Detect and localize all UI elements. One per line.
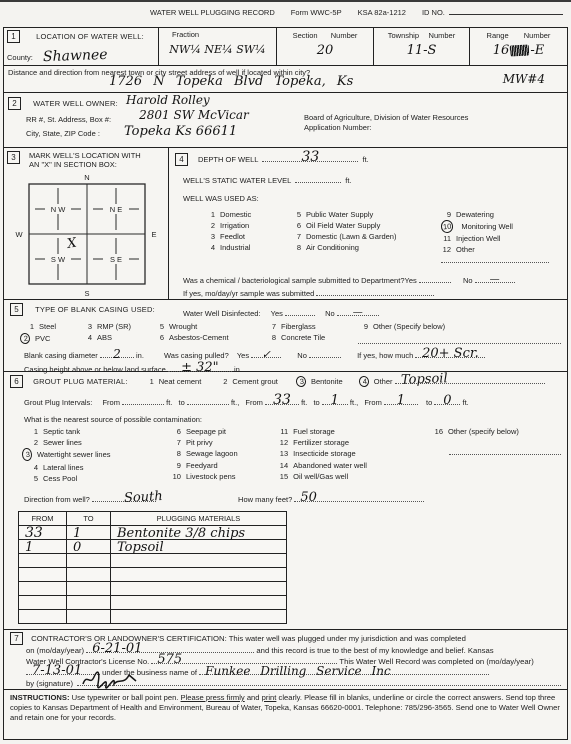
mark-location-title-1: MARK WELL'S LOCATION WITH: [29, 151, 141, 160]
section4-number: 4: [175, 153, 188, 166]
completed-on-label: on (mo/day/year): [26, 646, 84, 655]
use-option-dewatering[interactable]: 9Dewatering: [441, 209, 561, 220]
interval2-from-field[interactable]: 33: [265, 397, 299, 405]
option-number: 15: [278, 471, 288, 482]
range-label: Range: [487, 31, 509, 40]
form-number: Form WWC-5P: [291, 8, 342, 17]
casing-option-pvc[interactable]: 2PVC: [24, 333, 82, 344]
agency-block: Board of Agriculture, Division of Water …: [304, 113, 468, 133]
option-number: 11: [441, 233, 451, 244]
pulled-no-field[interactable]: [309, 350, 341, 358]
form-header: WATER WELL PLUGGING RECORD Form WWC-5P K…: [150, 7, 563, 17]
contam-option-abandoned-water-well[interactable]: 14Abandoned water well: [278, 460, 433, 471]
option-label: RMP (SR): [97, 322, 131, 331]
option-number: 3: [82, 322, 92, 331]
casing-option-rmp[interactable]: 3RMP (SR): [82, 322, 154, 331]
section-box-diagram[interactable]: N S W E N W N E S W S E X: [11, 171, 163, 301]
option-label: Watertight sewer lines: [37, 450, 111, 459]
scan-edge: [0, 0, 571, 2]
to-cell[interactable]: [67, 582, 111, 596]
casing-option-concrete-tile[interactable]: 8Concrete Tile: [266, 333, 358, 344]
to-label: to: [426, 398, 432, 407]
location-cell: 1 LOCATION OF WATER WELL: County: Shawne…: [4, 28, 159, 65]
to-cell[interactable]: [67, 568, 111, 582]
circled-option-number: 3: [21, 448, 32, 462]
contam-option-cess-pool[interactable]: 5Cess Pool: [28, 473, 171, 484]
option-number: 14: [278, 460, 288, 471]
option-label: PVC: [35, 334, 50, 343]
circled-option-number: 2: [20, 333, 31, 345]
contam-option-pit-privy[interactable]: 7Pit privy: [171, 437, 278, 448]
interval3-from-field[interactable]: 1: [384, 397, 418, 405]
from-cell[interactable]: [19, 610, 67, 624]
option-label: Cement grout: [232, 377, 277, 386]
col-header-from: FROM: [19, 512, 67, 526]
section6-grout: 6 GROUT PLUG MATERIAL: 1Neat cement 2Cem…: [4, 372, 567, 630]
option-label: Irrigation: [220, 221, 249, 230]
ft-label: ft.: [301, 398, 307, 407]
use-option-public-water-supply[interactable]: 5Public Water Supply: [291, 209, 441, 220]
how-much-field[interactable]: 20+ Scr.: [415, 350, 485, 358]
sample-date-field[interactable]: [316, 288, 434, 296]
use-option-industrial[interactable]: 4Industrial: [205, 242, 291, 253]
option-label: Other: [374, 377, 393, 386]
range-number-label: Number: [524, 31, 551, 40]
agency-name: Board of Agriculture, Division of Water …: [304, 113, 468, 123]
township-label: Township: [388, 31, 419, 40]
option-number: 4: [205, 242, 215, 253]
ft-label: ft.: [462, 398, 468, 407]
business-name-field[interactable]: Funkee Drilling Service Inc: [199, 667, 489, 675]
contam-option-watertight-sewer-lines[interactable]: 3Watertight sewer lines: [28, 448, 171, 461]
option-number: 12: [441, 244, 451, 255]
material-cell[interactable]: [111, 610, 287, 624]
section-number-cell: SectionNumber 20: [277, 28, 374, 65]
option-number: 5: [154, 322, 164, 331]
option-label: Livestock pens: [186, 472, 236, 481]
casing-diameter-label: Blank casing diameter: [24, 351, 98, 360]
from-label: From: [102, 398, 120, 407]
well-was-used-as-label: WELL WAS USED AS:: [183, 194, 561, 203]
compass-n-label: N: [84, 173, 89, 182]
compass-e-label: E: [151, 230, 156, 239]
option-number: 12: [278, 437, 288, 448]
option-label: Oil well/Gas well: [293, 472, 348, 481]
option-number: 16: [433, 426, 443, 437]
fraction-cell: Fraction NW¼ NE¼ SW¼: [159, 28, 277, 65]
grout-option-bentonite[interactable]: 3Bentonite: [296, 377, 343, 386]
signature-scribble: [81, 671, 139, 689]
option-number: 7: [291, 231, 301, 242]
depth-of-well-field[interactable]: 33: [262, 154, 358, 162]
owner-field[interactable]: Harold Rolley: [126, 94, 210, 106]
section7-number: 7: [10, 632, 23, 645]
casing-pulled-question: Was casing pulled?: [164, 351, 229, 360]
sample-yes-field[interactable]: [419, 275, 451, 283]
form-title: WATER WELL PLUGGING RECORD: [150, 8, 275, 17]
city-state-zip-field[interactable]: Topeka Ks 66611: [124, 125, 237, 138]
table-row-empty[interactable]: [19, 610, 287, 624]
option-number: 7: [266, 322, 276, 331]
compass-w-label: W: [15, 230, 23, 239]
table-row-empty[interactable]: [19, 582, 287, 596]
section1-title: LOCATION OF WATER WELL:: [36, 32, 144, 41]
from-cell[interactable]: 33: [19, 526, 67, 540]
casing-option-abs[interactable]: 4ABS: [82, 333, 154, 344]
use-options: 1Domestic 2Irrigation 3Feedlot 4Industri…: [205, 209, 561, 266]
use-option-monitoring-well[interactable]: 10Monitoring Well: [441, 220, 561, 233]
form-statute: KSA 82a-1212: [358, 8, 406, 17]
option-label: Steel: [39, 322, 56, 331]
scribbled-out-text: [510, 45, 530, 57]
from-cell[interactable]: [19, 596, 67, 610]
contam-option-septic-tank[interactable]: 1Septic tank: [28, 426, 171, 437]
option-label: Abandoned water well: [293, 461, 367, 470]
from-cell[interactable]: 1: [19, 540, 67, 554]
intervals-label: Grout Plug Intervals:: [24, 398, 92, 407]
option-label: Feedlot: [220, 232, 245, 241]
section2-number: 2: [8, 97, 21, 110]
option-label: ABS: [97, 333, 112, 342]
option-label: Air Conditioning: [306, 243, 359, 252]
contam-option-fertilizer-storage[interactable]: 12Fertilizer storage: [278, 437, 433, 448]
option-label: Domestic (Lawn & Garden): [306, 232, 396, 241]
grout-option-neat-cement[interactable]: 1Neat cement: [144, 377, 202, 386]
material-cell[interactable]: [111, 582, 287, 596]
to-cell[interactable]: [67, 596, 111, 610]
depth-ft-label: ft.: [362, 155, 368, 164]
range-cell: RangeNumber 16-E: [470, 28, 567, 65]
to-cell[interactable]: [67, 554, 111, 568]
option-number: 9: [441, 209, 451, 220]
use-option-injection-well[interactable]: 11Injection Well: [441, 233, 561, 244]
signature-label: by (signature): [26, 678, 73, 689]
material-cell[interactable]: [111, 568, 287, 582]
option-number: 4: [82, 333, 92, 342]
table-header-row: FROM TO PLUGGING MATERIALS: [19, 512, 287, 526]
instructions-text-1: Use typewriter or ball point pen.: [72, 693, 179, 702]
option-label: Monitoring Well: [461, 222, 513, 231]
quadrant-ne-label: N E: [110, 205, 123, 214]
casing-option-asbestos-cement[interactable]: 6Asbestos-Cement: [154, 333, 266, 344]
section-number-label: Number: [331, 31, 358, 40]
from-label: From: [245, 398, 263, 407]
sample-yes-label: Yes: [405, 276, 417, 285]
table-row-empty[interactable]: [19, 596, 287, 610]
contamination-options: 1Septic tank 2Sewer lines 3Watertight se…: [28, 426, 561, 484]
how-many-feet-label: How many feet?: [238, 495, 292, 504]
circled-option-number: 10: [440, 219, 453, 233]
how-much-label: If yes, how much: [357, 351, 413, 360]
contam-option-sewer-lines[interactable]: 2Sewer lines: [28, 437, 171, 448]
contam-option-lateral-lines[interactable]: 4Lateral lines: [28, 462, 171, 473]
contam-option-seepage-pit[interactable]: 6Seepage pit: [171, 426, 278, 437]
casing-height-field[interactable]: ± 32": [168, 364, 232, 372]
fraction-field[interactable]: NW¼ NE¼ SW¼: [169, 44, 265, 55]
option-number: 9: [171, 460, 181, 471]
option-number: 4: [28, 462, 38, 473]
casing-option-fiberglass[interactable]: 7Fiberglass: [266, 322, 358, 331]
id-no-label: ID NO.: [422, 8, 445, 17]
contamination-question: What is the nearest source of possible c…: [24, 415, 561, 424]
section5-number: 5: [10, 303, 23, 316]
ft-label: ft.,: [350, 398, 358, 407]
swl-ft-label: ft.: [345, 176, 351, 185]
option-label: Public Water Supply: [306, 210, 373, 219]
sample-question: Was a chemical / bacteriological sample …: [183, 276, 405, 285]
option-label: Domestic: [220, 210, 251, 219]
use-option-other[interactable]: 12Other: [441, 244, 561, 266]
section6-number: 6: [10, 375, 23, 388]
from-cell[interactable]: [19, 568, 67, 582]
to-cell[interactable]: 0: [67, 540, 111, 554]
option-number: 8: [171, 448, 181, 459]
section3-number: 3: [7, 151, 20, 164]
option-label: Other (specify below): [448, 427, 519, 436]
interval3-to-field[interactable]: 0: [434, 397, 460, 405]
city-state-zip-label: City, State, ZIP Code :: [26, 129, 100, 138]
option-number: 1: [144, 377, 154, 386]
form-body: 1 LOCATION OF WATER WELL: County: Shawne…: [3, 27, 568, 740]
use-other-field[interactable]: [441, 255, 549, 263]
owner-label: WATER WELL OWNER:: [33, 99, 118, 108]
casing-other-field[interactable]: [358, 336, 561, 344]
use-option-domestic[interactable]: 1Domestic: [205, 209, 291, 220]
table-row-empty[interactable]: [19, 568, 287, 582]
section7-certification: 7 CONTRACTOR'S OR LANDOWNER'S CERTIFICAT…: [4, 630, 567, 690]
option-number: 8: [266, 333, 276, 342]
option-label: Feedyard: [186, 461, 218, 470]
water-well-plugging-record-form: WATER WELL PLUGGING RECORD Form WWC-5P K…: [0, 0, 571, 744]
interval1-to-field[interactable]: [187, 397, 229, 405]
option-number: 5: [291, 209, 301, 220]
option-label: Injection Well: [456, 234, 500, 243]
grout-option-other[interactable]: 4Other: [359, 377, 393, 386]
fraction-label: Fraction: [162, 30, 273, 39]
option-number: 6: [154, 333, 164, 342]
how-many-feet-field[interactable]: 50: [294, 494, 424, 502]
instructions-text-2: and: [247, 693, 260, 702]
material-cell[interactable]: Bentonite 3/8 chips: [111, 526, 287, 540]
street-address-label: RR #, St. Address, Box #:: [26, 115, 111, 124]
grout-option-cement-grout[interactable]: 2Cement grout: [217, 377, 277, 386]
circled-option-number: 3: [295, 376, 306, 388]
direction-from-well-label: Direction from well?: [24, 495, 90, 504]
section3-4-row: 3 MARK WELL'S LOCATION WITH AN "X" IN SE…: [4, 148, 567, 300]
option-number: 10: [171, 471, 181, 482]
pulled-yes-label: Yes: [237, 351, 249, 360]
section4-well-use: 4 DEPTH OF WELL 33 ft. WELL'S STATIC WAT…: [169, 148, 567, 299]
sample-no-field[interactable]: —: [475, 275, 515, 283]
option-label: Other: [456, 245, 475, 254]
sample-date-label: If yes, mo/day/yr sample was submitted: [183, 289, 314, 298]
circled-option-number: 4: [358, 376, 369, 388]
well-location-x-mark[interactable]: X: [65, 235, 78, 252]
diameter-in-label: in.: [136, 351, 144, 360]
use-option-domestic-lawn-garden[interactable]: 7Domestic (Lawn & Garden): [291, 231, 441, 242]
section1-number: 1: [7, 30, 20, 43]
section2-owner: 2 WATER WELL OWNER: Harold Rolley RR #, …: [4, 93, 567, 148]
to-label: to: [313, 398, 319, 407]
option-label: Bentonite: [311, 377, 343, 386]
signature-field[interactable]: [77, 678, 561, 686]
disinfected-no-field[interactable]: —: [337, 308, 379, 316]
option-label: Sewer lines: [43, 438, 82, 447]
contam-option-oil-gas-well[interactable]: 15Oil well/Gas well: [278, 471, 433, 482]
option-label: Dewatering: [456, 210, 494, 219]
contam-option-livestock-pens[interactable]: 10Livestock pens: [171, 471, 278, 482]
to-cell[interactable]: [67, 610, 111, 624]
section3-location-box: 3 MARK WELL'S LOCATION WITH AN "X" IN SE…: [4, 148, 169, 299]
option-label: Seepage pit: [186, 427, 226, 436]
plugging-materials-table: FROM TO PLUGGING MATERIALS 33 1 Bentonit…: [18, 511, 287, 624]
option-number: 2: [217, 377, 227, 386]
county-label: County:: [7, 53, 33, 62]
option-label: Cess Pool: [43, 474, 77, 483]
static-water-level-label: WELL'S STATIC WATER LEVEL: [183, 176, 291, 185]
option-number: 7: [171, 437, 181, 448]
instructions-block: INSTRUCTIONS: Use typewriter or ball poi…: [4, 690, 567, 739]
option-number: 6: [291, 220, 301, 231]
license-field[interactable]: 575: [151, 656, 337, 664]
section-label: Section: [293, 31, 318, 40]
option-label: Pit privy: [186, 438, 213, 447]
casing-option-other[interactable]: 9Other (Specify below): [358, 322, 445, 331]
township-number-label: Number: [429, 31, 456, 40]
section-field[interactable]: 20: [317, 44, 334, 57]
pulled-no-label: No: [297, 351, 307, 360]
casing-diameter-field[interactable]: 2: [100, 350, 134, 358]
section1-location-row: 1 LOCATION OF WATER WELL: County: Shawne…: [4, 28, 567, 66]
application-number-label: Application Number:: [304, 123, 468, 133]
compass-s-label: S: [84, 289, 89, 298]
township-cell: TownshipNumber 11-S: [374, 28, 470, 65]
from-label: From: [364, 398, 382, 407]
option-label: Asbestos-Cement: [169, 333, 229, 342]
quadrant-nw-label: N W: [51, 205, 67, 214]
use-option-feedlot[interactable]: 3Feedlot: [205, 231, 291, 242]
option-number: 6: [171, 426, 181, 437]
material-cell[interactable]: [111, 554, 287, 568]
instructions-head: INSTRUCTIONS:: [10, 693, 69, 702]
ft-label: ft.,: [231, 398, 239, 407]
instructions-underline-2: print: [262, 693, 277, 702]
well-name-field[interactable]: MW#4: [503, 73, 545, 85]
quadrant-sw-label: S W: [51, 255, 66, 264]
table-row-empty[interactable]: [19, 554, 287, 568]
table-row[interactable]: 1 0 Topsoil: [19, 540, 287, 554]
option-label: Other (Specify below): [373, 322, 445, 331]
contam-option-insecticide-storage[interactable]: 13Insecticide storage: [278, 448, 433, 459]
casing-option-wrought[interactable]: 5Wrought: [154, 322, 266, 331]
option-label: Insecticide storage: [293, 449, 356, 458]
grout-other-field[interactable]: Topsoil: [395, 376, 545, 384]
pulled-yes-field[interactable]: ✓: [251, 350, 281, 358]
option-label: Fiberglass: [281, 322, 316, 331]
option-label: Septic tank: [43, 427, 80, 436]
direction-from-well-field[interactable]: South: [92, 494, 156, 502]
address-field[interactable]: 1726 N Topeka Blvd Topeka, Ks: [109, 75, 353, 88]
option-number: 2: [205, 220, 215, 231]
option-number: 5: [28, 473, 38, 484]
option-number: 2: [28, 437, 38, 448]
option-label: Oil Field Water Supply: [306, 221, 380, 230]
interval2-to-field[interactable]: 1: [322, 397, 348, 405]
contam-option-other[interactable]: 16Other (specify below): [433, 426, 561, 437]
table-row[interactable]: 33 1 Bentonite 3/8 chips: [19, 526, 287, 540]
static-water-level-field[interactable]: [295, 175, 341, 183]
material-cell[interactable]: Topsoil: [111, 540, 287, 554]
option-number: 13: [278, 448, 288, 459]
option-label: Fuel storage: [293, 427, 335, 436]
option-label: Wrought: [169, 322, 197, 331]
option-label: Lateral lines: [43, 463, 83, 472]
option-number: 8: [291, 242, 301, 253]
casing-option-steel[interactable]: 1Steel: [24, 322, 82, 331]
contam-option-feedyard[interactable]: 9Feedyard: [171, 460, 278, 471]
option-number: 1: [205, 209, 215, 220]
contam-option-fuel-storage[interactable]: 11Fuel storage: [278, 426, 433, 437]
option-number: 1: [28, 426, 38, 437]
section1-distance-row: Distance and direction from nearest town…: [4, 66, 567, 93]
from-cell[interactable]: [19, 554, 67, 568]
instructions-underline-1: Please press firmly: [181, 693, 245, 702]
option-label: Neat cement: [159, 377, 202, 386]
col-header-plugging-materials: PLUGGING MATERIALS: [111, 512, 287, 526]
certification-text-2: and this record is true to the best of m…: [256, 646, 493, 655]
option-number: 1: [24, 322, 34, 331]
col-header-to: TO: [67, 512, 111, 526]
option-label: Sewage lagoon: [186, 449, 238, 458]
township-field[interactable]: 11-S: [407, 44, 437, 57]
disinfected-yes-field[interactable]: [285, 308, 315, 316]
interval1-from-field[interactable]: [122, 397, 164, 405]
county-field[interactable]: Shawnee: [43, 48, 108, 64]
option-number: 3: [205, 231, 215, 242]
street-address-field[interactable]: 2801 SW McVicar: [139, 109, 249, 121]
quadrant-se-label: S E: [110, 255, 122, 264]
to-cell[interactable]: 1: [67, 526, 111, 540]
mark-location-title-2: AN "X" IN SECTION BOX:: [29, 160, 141, 169]
option-label: Concrete Tile: [281, 333, 325, 342]
option-number: 11: [278, 426, 288, 437]
use-option-oil-field-water-supply[interactable]: 6Oil Field Water Supply: [291, 220, 441, 231]
use-option-air-conditioning[interactable]: 8Air Conditioning: [291, 242, 441, 253]
grout-title: GROUT PLUG MATERIAL:: [33, 377, 128, 386]
material-cell[interactable]: [111, 596, 287, 610]
contam-option-sewage-lagoon[interactable]: 8Sewage lagoon: [171, 448, 278, 459]
sample-no-label: No: [463, 276, 473, 285]
use-option-irrigation[interactable]: 2Irrigation: [205, 220, 291, 231]
ft-label: ft.: [166, 398, 172, 407]
id-no-field[interactable]: [449, 7, 563, 15]
to-label: to: [179, 398, 185, 407]
option-number: 9: [358, 322, 368, 331]
contam-other-field[interactable]: [449, 447, 561, 455]
option-label: Industrial: [220, 243, 250, 252]
option-label: Fertilizer storage: [293, 438, 349, 447]
casing-title: TYPE OF BLANK CASING USED:: [35, 305, 155, 314]
from-cell[interactable]: [19, 582, 67, 596]
range-field[interactable]: 16-E: [470, 44, 567, 57]
depth-of-well-label: DEPTH OF WELL: [198, 155, 258, 164]
